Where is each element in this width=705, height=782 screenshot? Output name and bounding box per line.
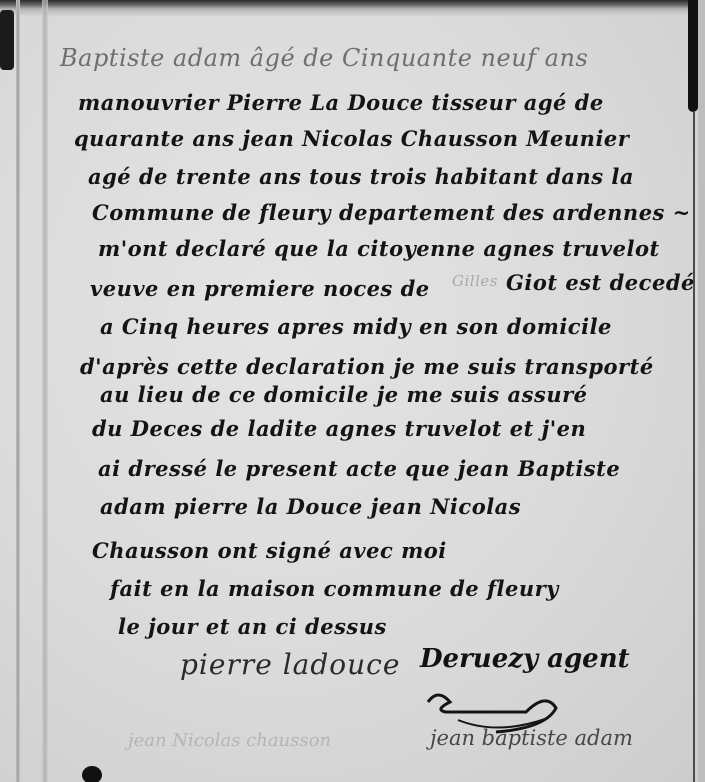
text-line-9: d'après cette declaration je me suis tra… [80,354,654,379]
document-page: Baptiste adam âgé de Cinquante neuf ans … [0,0,705,782]
text-line-16: le jour et an ci dessus [118,614,387,639]
text-line-7: veuve en premiere noces de [90,276,430,301]
signature-pierre-ladouce: pierre ladouce [180,648,400,681]
text-line-14: Chausson ont signé avec moi [92,538,447,563]
binding-mark [0,10,14,70]
text-line-7b: Giot est decedé [506,270,695,295]
text-line-8: a Cinq heures apres midy en son domicile [100,314,612,339]
signature-jean-nicolas-chausson: jean Nicolas chausson [128,730,331,751]
margin-fold-inner [42,0,48,782]
text-line-4: agé de trente ans tous trois habitant da… [88,164,634,189]
text-line-12: ai dressé le present acte que jean Bapti… [98,456,620,481]
page-top-edge [0,0,705,16]
text-line-1: Baptiste adam âgé de Cinquante neuf ans [60,44,588,72]
text-line-2: manouvrier Pierre La Douce tisseur agé d… [78,90,604,115]
ink-blot [82,766,102,782]
interlinear-note: Gilles [452,272,498,290]
text-line-5: Commune de fleury departement des ardenn… [92,200,691,225]
right-edge-shadow [688,0,698,112]
signature-mayor: Deruezy agent [420,644,630,674]
text-line-11: du Deces de ladite agnes truvelot et j'e… [92,416,586,441]
text-line-10: au lieu de ce domicile je me suis assuré [100,382,588,407]
text-line-13: adam pierre la Douce jean Nicolas [100,494,521,519]
margin-fold [16,0,20,782]
right-page-strip [698,0,705,782]
text-line-3: quarante ans jean Nicolas Chausson Meuni… [74,126,629,151]
signature-jean-baptiste-adam: jean baptiste adam [430,726,633,750]
text-line-15: fait en la maison commune de fleury [110,576,559,601]
right-margin-rule [693,112,695,782]
text-line-6: m'ont declaré que la citoyenne agnes tru… [98,236,660,261]
